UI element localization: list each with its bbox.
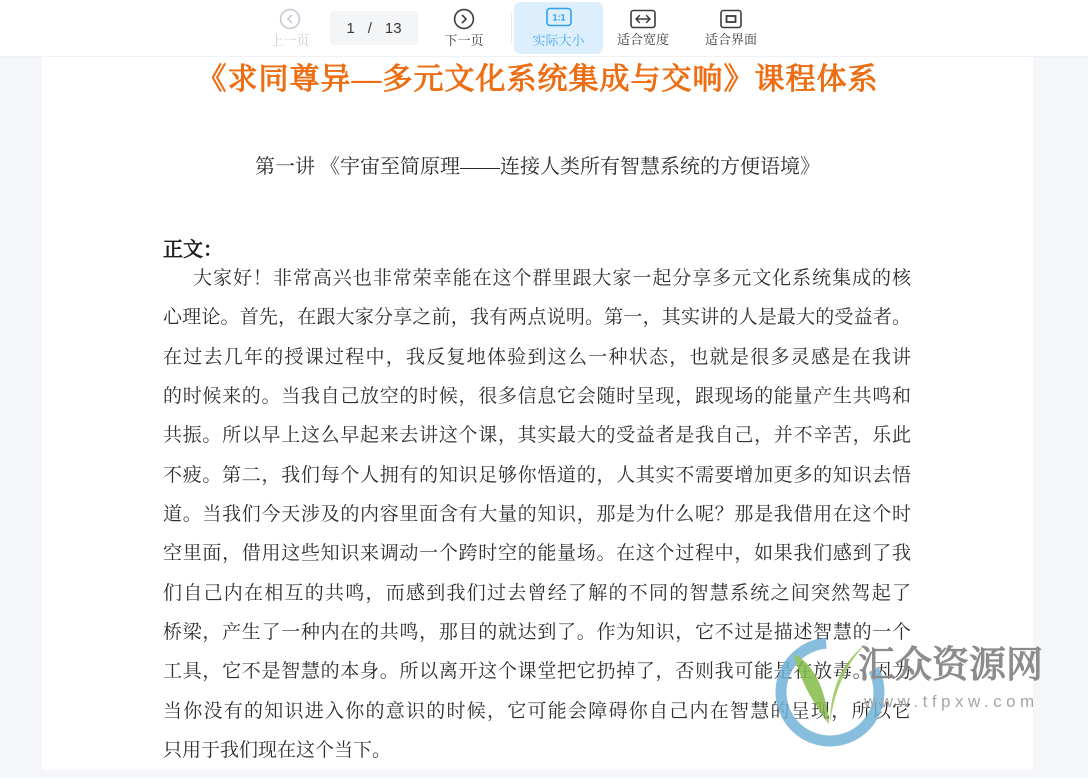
body-text-line: 大家好！非常高兴也非常荣幸能在这个群里跟大家一起分享多元文化系统集成的核 xyxy=(163,259,911,298)
body-text-line: 空里面，借用这些知识来调动一个跨时空的能量场。在这个过程中，如果我们感到了我 xyxy=(163,534,911,573)
chevron-left-circle-icon xyxy=(279,8,301,30)
body-paragraph: 大家好！非常高兴也非常荣幸能在这个群里跟大家一起分享多元文化系统集成的核心理论。… xyxy=(163,259,911,770)
fit-screen-icon xyxy=(719,9,743,29)
body-text-line: 不疲。第二，我们每个人拥有的知识足够你悟道的，人其实不需要增加更多的知识去悟 xyxy=(163,456,911,495)
body-text-line: 只用于我们现在这个当下。 xyxy=(163,731,911,770)
next-page-label: 下一页 xyxy=(444,33,483,48)
body-text-line: 们自己内在相互的共鸣，而感到我们过去曾经了解的不同的智慧系统之间突然驾起了 xyxy=(163,574,911,613)
document-page: 《求同尊异—多元文化系统集成与交响》课程体系 第一讲 《宇宙至简原理——连接人类… xyxy=(42,56,1033,770)
actual-size-button[interactable]: 1:1 实际大小 xyxy=(514,2,603,54)
fit-width-label: 适合宽度 xyxy=(617,32,669,47)
document-title: 《求同尊异—多元文化系统集成与交响》课程体系 xyxy=(42,58,1033,102)
body-text-line: 道。当我们今天涉及的内容里面含有大量的知识，那是为什么呢？那是我借用在这个时 xyxy=(163,495,911,534)
fit-screen-button[interactable]: 适合界面 xyxy=(699,3,763,53)
fit-width-icon xyxy=(630,9,656,29)
toolbar-divider xyxy=(511,13,512,43)
body-text-line: 在过去几年的授课过程中，我反复地体验到这么一种状态，也就是很多灵感是在我讲 xyxy=(163,338,911,377)
viewer-toolbar: 上一页 1 / 13 下一页 1:1 实际大小 xyxy=(0,0,1088,57)
body-text-line: 心理论。首先，在跟大家分享之前，我有两点说明。第一，其实讲的人是最大的受益者。 xyxy=(163,298,911,337)
actual-size-label: 实际大小 xyxy=(532,30,584,49)
prev-page-button[interactable]: 上一页 xyxy=(258,3,322,53)
body-text-line: 当你没有的知识进入你的意识的时候，它可能会障碍你自己内在智慧的呈现，所以它 xyxy=(163,692,911,731)
page-number-input[interactable]: 1 / 13 xyxy=(330,11,418,45)
fit-screen-label: 适合界面 xyxy=(705,32,757,47)
body-text-line: 的时候来的。当我自己放空的时候，很多信息它会随时呈现，跟现场的能量产生共鸣和 xyxy=(163,377,911,416)
total-page-count: 13 xyxy=(385,20,402,37)
body-text-line: 桥梁，产生了一种内在的共鸣，那目的就达到了。作为知识，它不过是描述智慧的一个 xyxy=(163,613,911,652)
body-text-line: 共振。所以早上这么早起来去讲这个课，其实最大的受益者是我自己，并不辛苦，乐此 xyxy=(163,416,911,455)
actual-size-icon: 1:1 xyxy=(546,7,572,27)
page-separator: / xyxy=(368,20,372,37)
chevron-right-circle-icon xyxy=(453,8,475,30)
body-text-line: 工具，它不是智慧的本身。所以离开这个课堂把它扔掉了，否则我可能是在放毒。因为 xyxy=(163,652,911,691)
fit-width-button[interactable]: 适合宽度 xyxy=(611,3,675,53)
document-subtitle: 第一讲 《宇宙至简原理——连接人类所有智慧系统的方便语境》 xyxy=(42,152,1033,182)
next-page-button[interactable]: 下一页 xyxy=(432,3,496,53)
current-page-number: 1 xyxy=(346,20,354,37)
document-scroll-area[interactable]: 《求同尊异—多元文化系统集成与交响》课程体系 第一讲 《宇宙至简原理——连接人类… xyxy=(0,56,1088,778)
actual-size-icon-text: 1:1 xyxy=(552,13,565,23)
prev-page-label: 上一页 xyxy=(270,33,309,48)
